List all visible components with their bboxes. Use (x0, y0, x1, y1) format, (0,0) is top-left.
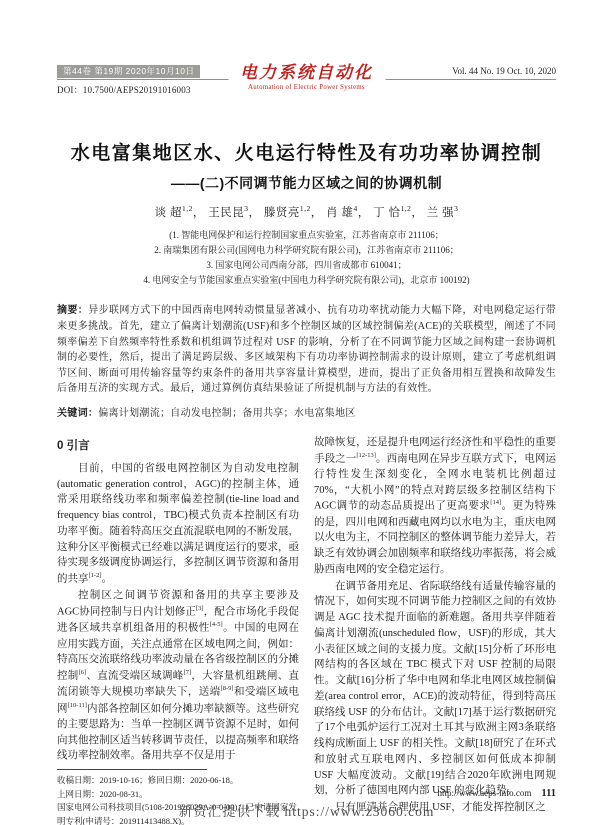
journal-url[interactable]: http://www.aeps-info.com (438, 788, 532, 798)
author: 滕贤亮1,2， (264, 207, 323, 219)
doi-text: DOI：10.7500/AEPS20191016003 (57, 83, 191, 96)
author: 丁 恰1,2， (373, 207, 423, 219)
author: 谈 超1,2， (155, 207, 205, 219)
keywords: 关键词：偏离计划潮流；自动发电控制；备用共享；水电富集地区 (57, 404, 556, 419)
affiliation-line: 3. 国家电网公司西南分部，四川省成都市 610041； (57, 258, 556, 273)
abstract-text: 异步联网方式下的中国西南电网转动惯量显著减小、抗有功功率扰动能力大幅下降，对电网… (57, 305, 556, 394)
paragraph: 故障恢复，还是提升电网运行经济性和平稳性的重要手段之一[12-13]。西南电网在… (314, 435, 556, 578)
affiliation-line: (1. 智能电网保护和运行控制国家重点实验室，江苏省南京市 211106； (57, 228, 556, 243)
body-columns: 0 引言 目前，中国的省级电网控制区为自动发电控制(automatic gene… (57, 435, 556, 825)
abstract: 摘要：异步联网方式下的中国西南电网转动惯量显著减小、抗有功功率扰动能力大幅下降，… (57, 303, 556, 397)
journal-logo: 电力系统自动化 Automation of Electric Power Sys… (228, 58, 385, 91)
author: 王民昆3， (208, 207, 260, 219)
paragraph: 在调节备用充足、省际联络线有适量传输容量的情况下，如何实现不同调节能力控制区之间… (314, 579, 556, 800)
section-heading-intro: 0 引言 (57, 437, 299, 453)
affiliation-list: (1. 智能电网保护和运行控制国家重点实验室，江苏省南京市 211106； 2.… (57, 228, 556, 287)
paper-subtitle: ——(二)不同调节能力区域之间的协调机制 (57, 173, 556, 193)
journal-logo-en: Automation of Electric Power Systems (240, 84, 373, 91)
keywords-text: 偏离计划潮流；自动发电控制；备用共享；水电富集地区 (98, 408, 356, 419)
issue-box: 第44卷 第19期 2020年10月10日 (57, 65, 200, 78)
author: 兰 强3 (427, 207, 459, 219)
journal-logo-cn: 电力系统自动化 (240, 58, 373, 83)
volume-info: Vol. 44 No. 19 Oct. 10, 2020 (452, 66, 556, 76)
right-column: 故障恢复，还是提升电网运行经济性和平稳性的重要手段之一[12-13]。西南电网在… (314, 435, 556, 825)
author: 肖 雄4， (326, 207, 370, 219)
paragraph: 目前，中国的省级电网控制区为自动发电控制(automatic generatio… (57, 461, 299, 588)
page-number: 111 (541, 788, 556, 799)
author-line: 谈 超1,2， 王民昆3， 滕贤亮1,2， 肖 雄4， 丁 恰1,2， 兰 强3 (57, 204, 556, 220)
left-column: 0 引言 目前，中国的省级电网控制区为自动发电控制(automatic gene… (57, 435, 299, 825)
footnote-rule (57, 769, 207, 770)
paper-title: 水电富集地区水、火电运行特性及有功功率协调控制 (57, 138, 556, 165)
abstract-label: 摘要： (57, 305, 88, 316)
title-block: 水电富集地区水、火电运行特性及有功功率协调控制 ——(二)不同调节能力区域之间的… (57, 138, 556, 287)
footnote-line-received: 收稿日期：2019-10-16；修回日期：2020-06-18。 (57, 774, 299, 788)
paper-page: 第44卷 第19期 2020年10月10日 DOI：10.7500/AEPS20… (0, 0, 613, 825)
watermark-link[interactable]: 新资汇提供下载 https://www.z3060.com (0, 800, 613, 820)
journal-header: 第44卷 第19期 2020年10月10日 DOI：10.7500/AEPS20… (57, 56, 556, 98)
paragraph: 控制区之间调节资源和备用的共享主要涉及AGC协同控制与日内计划修正[3]，配合市… (57, 588, 299, 764)
affiliation-line: 4. 电网安全与节能国家重点实验室(中国电力科学研究院有限公司)，北京市 100… (57, 273, 556, 288)
page-footer: http://www.aeps-info.com111 (438, 788, 557, 799)
affiliation-line: 2. 南瑞集团有限公司(国网电力科学研究院有限公司)，江苏省南京市 211106… (57, 243, 556, 258)
keywords-label: 关键词： (57, 408, 98, 419)
